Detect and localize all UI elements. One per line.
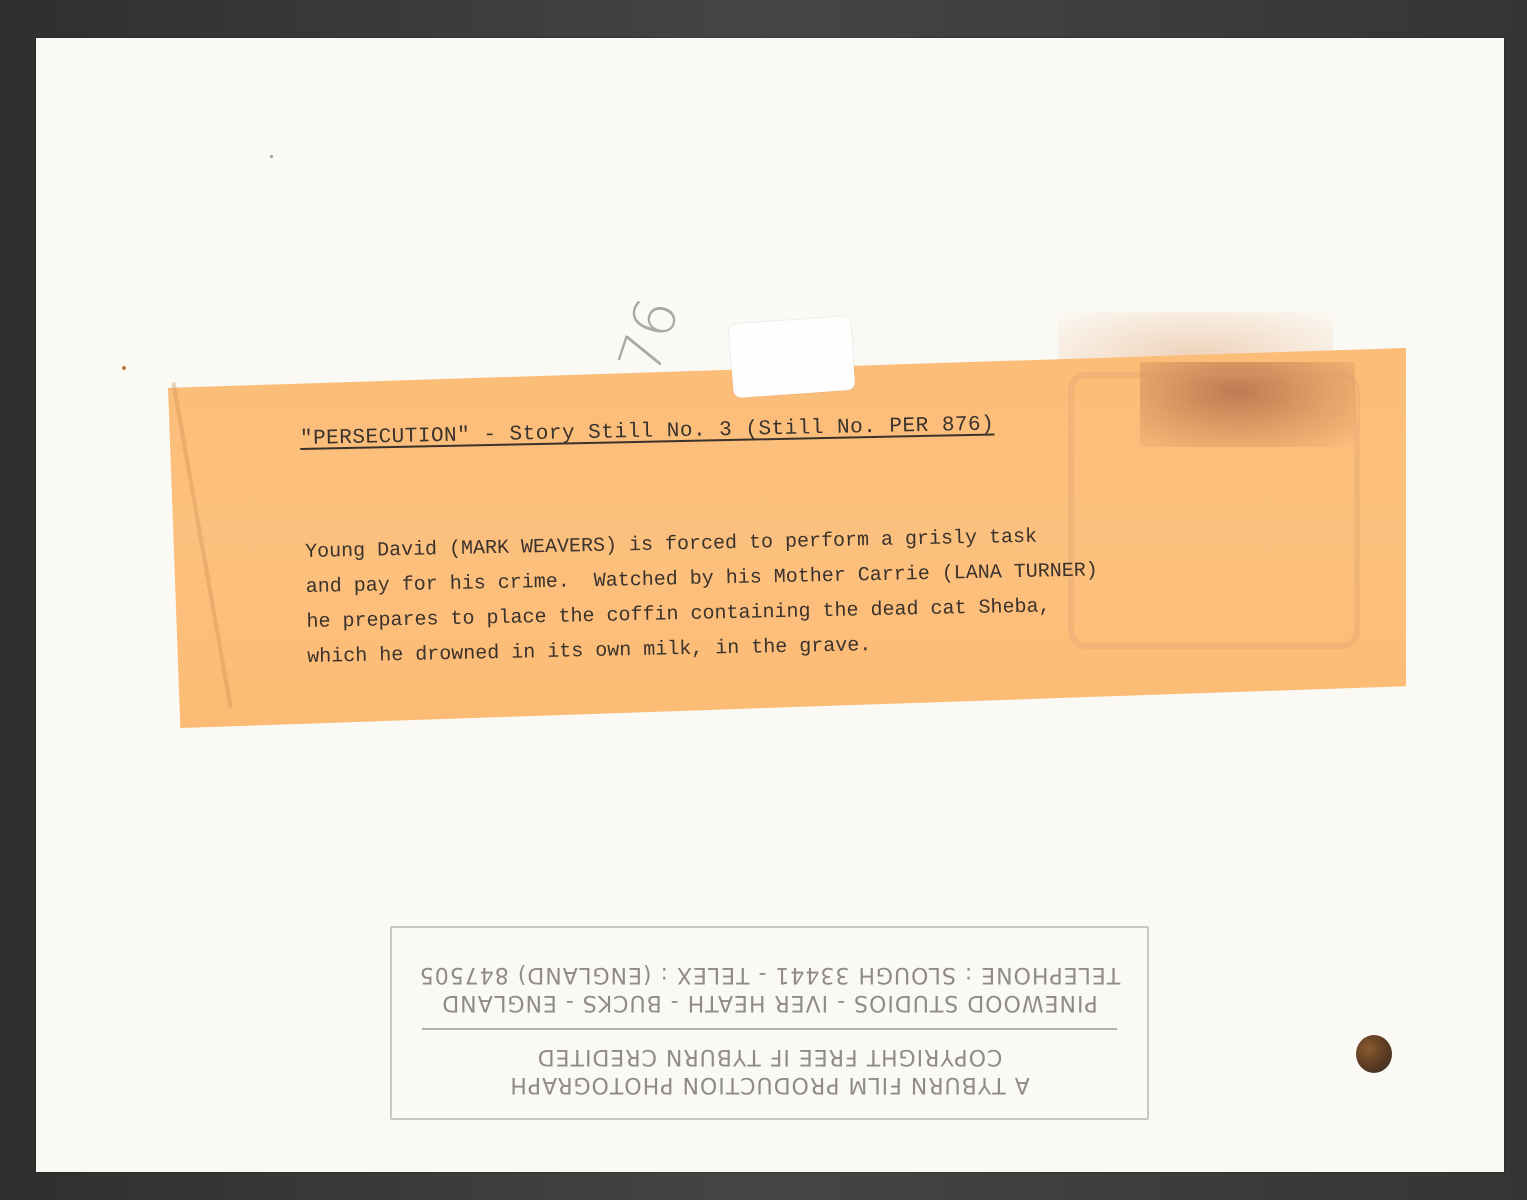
- paper-speck: [122, 366, 126, 370]
- stamp-line: TELEPHONE : SLOUGH 33441 - TELEX : (ENGL…: [392, 960, 1147, 988]
- stamp-line: A TYBURN FILM PRODUCTION PHOTOGRAPH: [392, 1070, 1147, 1098]
- white-label-tab: [729, 316, 856, 398]
- stamp-line: PINEWOOD STUDIOS - IVER HEATH - BUCKS - …: [392, 988, 1147, 1016]
- stamp-divider: [422, 1028, 1117, 1030]
- glue-stain-outline: [1068, 372, 1360, 649]
- paper-speck: [270, 155, 273, 158]
- stamp-content-upside-down: A TYBURN FILM PRODUCTION PHOTOGRAPH COPY…: [392, 928, 1147, 1118]
- caption-body: Young David (MARK WEAVERS) is forced to …: [304, 483, 1100, 710]
- punch-hole: [1356, 1035, 1392, 1073]
- studio-stamp: A TYBURN FILM PRODUCTION PHOTOGRAPH COPY…: [390, 926, 1149, 1120]
- stamp-line: COPYRIGHT FREE IF TYBURN CREDITED: [392, 1042, 1147, 1070]
